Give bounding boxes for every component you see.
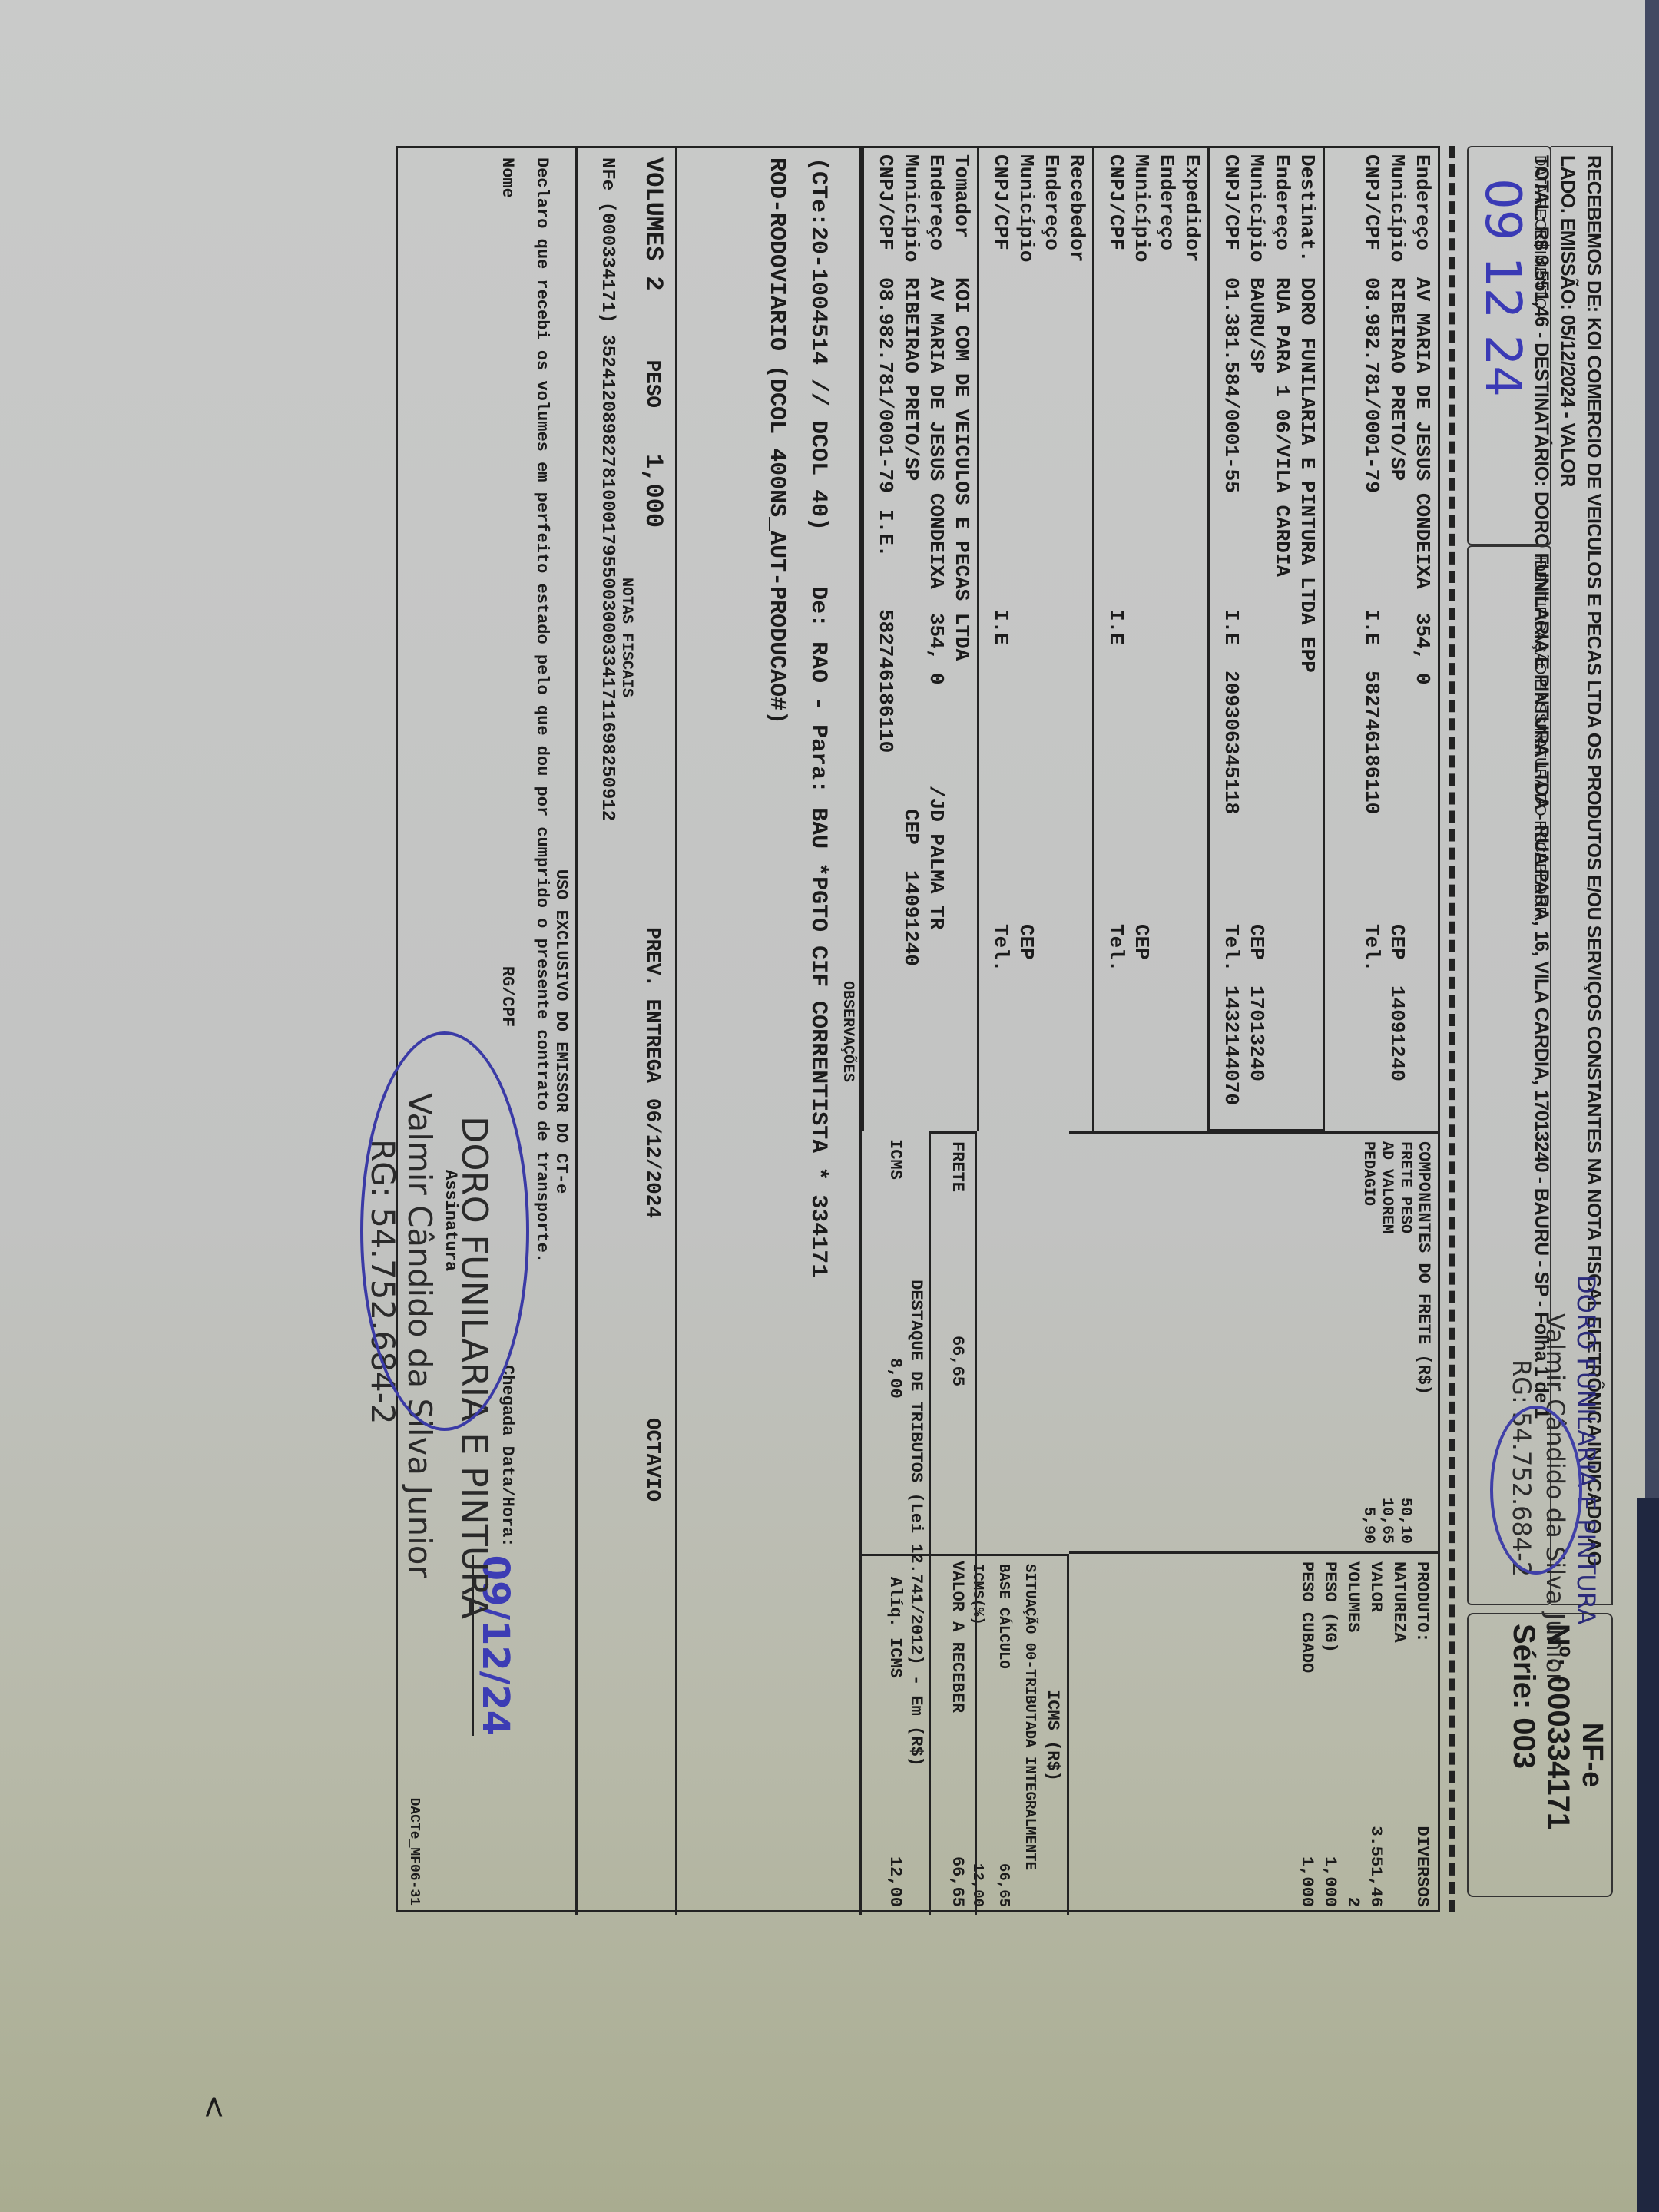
destinatario-cep-label: CEP	[1243, 924, 1269, 960]
destinatario-cep: 17013240	[1243, 985, 1269, 1081]
prev-entrega-value: 06/12/2024	[635, 1098, 671, 1218]
remetente-tel-label: Tel.	[1359, 924, 1384, 972]
remetente-cep: 14091240	[1384, 985, 1409, 1081]
tax-icms-label: ICMS	[883, 1139, 906, 1180]
tax-icms-value: 8,00	[883, 1358, 906, 1399]
expedidor-address-label: Endereço	[1154, 154, 1179, 1125]
freight-components: COMPONENTES DO FRETE (R$) FRETE PESO50,1…	[1069, 1131, 1438, 1554]
stub-date-box[interactable]: DATA RECEBIMENTO 09 12 24	[1467, 146, 1551, 545]
expedidor-tel-label: Tel.	[1103, 924, 1128, 972]
nfe-title: NF-e	[1575, 1614, 1608, 1896]
dacte-document: DACTe_MF06-31 05/12/2024-10:17 RECEBEMOS…	[338, 115, 1659, 2204]
tomador-ie: 582746186110	[873, 609, 898, 753]
vol-label: VOLUMES	[635, 157, 671, 260]
recebedor-address-label: Endereço	[1038, 154, 1064, 1125]
recebedor-section: Recebedor Endereço Município CNPJ/CPF I.…	[977, 148, 1092, 1131]
tomador-section: TomadorKOI COM DE VEICULOS E PECAS LTDA …	[862, 148, 977, 1131]
receipt-stub: RECEBEMOS DE: KOI COMERCIO DE VEICULOS E…	[1467, 146, 1613, 2166]
volumes-value: 2	[1341, 1897, 1364, 1907]
remetente-city-label: Município	[1384, 154, 1409, 277]
remetente-ie: 582746186110	[1359, 671, 1384, 814]
nfe-number: Nº: 000334171	[1541, 1614, 1575, 1896]
vol-value: 2	[635, 276, 671, 290]
rg-label[interactable]: RG/CPF	[472, 966, 517, 1027]
destinatario-ie-label: I.E	[1218, 609, 1243, 645]
icms-base-label: BASE CÁLCULO	[991, 1564, 1017, 1669]
icms-header: ICMS (R$)	[1043, 1564, 1062, 1907]
weight-label: PESO (KG)	[1318, 1561, 1341, 1653]
recebedor-label: Recebedor	[1064, 154, 1089, 1125]
destinatario-cnpj-label: CNPJ/CPF	[1218, 154, 1243, 277]
dacte-form: EndereçoAV MARIA DE JESUS CONDEIXA 354, …	[396, 146, 1440, 1912]
declaration-text: Declaro que recebi os volumes em perfeit…	[532, 157, 551, 1906]
remetente-address: AV MARIA DE JESUS CONDEIXA 354, 0	[1409, 277, 1435, 685]
destinatario-city-label: Município	[1243, 154, 1269, 277]
chevron-mark: <	[197, 2094, 232, 2120]
destinatario-address: RUA PARA 1 06/VILA CARDIA	[1269, 277, 1294, 577]
tomador-cep: 14091240	[898, 870, 923, 966]
component-label: AD VALOREM	[1377, 1141, 1396, 1233]
tax-aliq-label: Alíq. ICMS	[883, 1577, 906, 1678]
component-value: 5,90	[1359, 1507, 1377, 1544]
product-label: PRODUTO:	[1410, 1561, 1433, 1643]
freight-components-header: COMPONENTES DO FRETE (R$)	[1414, 1141, 1433, 1544]
tomador-cep-label: CEP	[898, 809, 923, 845]
stub-date-handwritten: 09 12 24	[1475, 147, 1529, 544]
destinatario-tel-label: Tel.	[1218, 924, 1243, 972]
signature-scribble	[1490, 1406, 1582, 1575]
form-code: DACTe_MF06-31	[406, 1798, 422, 1906]
observations-line-2: ROD-RODOVIARIO (DCOL 400NS_AUT-PRODUCAO#…	[756, 157, 797, 1906]
icms-base-value: 66,65	[991, 1863, 1017, 1907]
tomador-district: /JD PALMA TR	[923, 786, 949, 929]
prev-entrega-label: PREV. ENTREGA	[635, 927, 671, 1083]
remetente-address-label: Endereço	[1409, 154, 1435, 277]
observations-line-1: (CTe:20-1004514 // DCOL 40) De: RAO - Pa…	[797, 157, 839, 1906]
remetente-section: EndereçoAV MARIA DE JESUS CONDEIXA 354, …	[1323, 148, 1438, 1131]
tomador-city-label: Município	[898, 154, 923, 277]
expedidor-ie-label: I.E	[1103, 609, 1128, 645]
issuer-use-section: USO EXCLUSIVO DO EMISSOR DO CT-e Declaro…	[393, 148, 578, 1915]
cubed-weight-label: PESO CUBADO	[1295, 1561, 1318, 1673]
tax-highlight: DESTAQUE DE TRIBUTOS (Lei 12.741/2012) -…	[862, 1131, 931, 1915]
footer-signature-scribble	[360, 1031, 529, 1431]
nfe-key-line: NFe (000334171) 352412089827810001795500…	[597, 157, 618, 1906]
cargo-value: 3.551,46	[1364, 1826, 1387, 1907]
peso-value: 1,000	[635, 454, 671, 528]
component-value: 50,10	[1396, 1498, 1414, 1544]
product-info: PRODUTO:DIVERSOS NATUREZA VALOR3.551,46 …	[1069, 1554, 1438, 1915]
component-label: PEDAGIO	[1359, 1141, 1377, 1206]
remetente-cnpj-label: CNPJ/CPF	[1359, 154, 1384, 277]
tomador-name: KOI COM DE VEICULOS E PECAS LTDA	[949, 277, 974, 661]
destinatario-label: Destinat.	[1294, 154, 1320, 277]
remetente-ie-label: I.E	[1359, 609, 1384, 645]
frete-label: FRETE	[944, 1141, 970, 1192]
destinatario-address-label: Endereço	[1269, 154, 1294, 277]
notas-header: NOTAS FISCAIS	[618, 157, 635, 1118]
cubed-weight-value: 1,000	[1295, 1856, 1318, 1907]
peso-label: PESO	[635, 360, 671, 408]
nfe-series: Série: 003	[1506, 1614, 1541, 1896]
destinatario-name: DORO FUNILARIA E PINTURA LTDA EPP	[1294, 277, 1320, 673]
volumes-section: VOLUMES 2 PESO 1,000 PREV. ENTREGA 06/12…	[578, 148, 677, 1915]
tomador-city: RIBEIRAO PRETO/SP	[898, 277, 923, 481]
product-value: DIVERSOS	[1410, 1826, 1433, 1907]
component-label: FRETE PESO	[1396, 1141, 1414, 1233]
cut-line	[1449, 146, 1455, 1912]
observations: OBSERVAÇÕES (CTe:20-1004514 // DCOL 40) …	[677, 148, 862, 1915]
tomador-label: Tomador	[949, 154, 974, 277]
volumes-label: VOLUMES	[1341, 1561, 1364, 1632]
recebedor-cep-label: CEP	[1013, 924, 1038, 960]
expedidor-cep-label: CEP	[1128, 924, 1154, 960]
destinatario-tel: 1432144070	[1218, 985, 1243, 1105]
tax-header: DESTAQUE DE TRIBUTOS (Lei 12.741/2012) -…	[906, 1139, 926, 1907]
component-value: 10,65	[1377, 1498, 1396, 1544]
destinatario-section: Destinat.DORO FUNILARIA E PINTURA LTDA E…	[1207, 148, 1323, 1131]
frete-value: 66,65	[944, 1336, 970, 1386]
freight-totals: FRETE 66,65 VALOR A RECEBER 66,65	[931, 1131, 977, 1915]
destinatario-ie: 209306345118	[1218, 671, 1243, 814]
remetente-cnpj: 08.982.781/0001-79	[1359, 277, 1384, 493]
tomador-cnpj: 08.982.781/0001-79	[873, 277, 898, 493]
recebedor-ie-label: I.E	[988, 609, 1013, 645]
destinatario-city: BAURU/SP	[1243, 277, 1269, 373]
remetente-city: RIBEIRAO PRETO/SP	[1384, 277, 1409, 481]
nome-label[interactable]: Nome	[472, 157, 517, 198]
nature-label: NATUREZA	[1387, 1561, 1410, 1643]
remetente-cep-label: CEP	[1384, 924, 1409, 960]
valor-receber-label: VALOR A RECEBER	[944, 1561, 970, 1713]
destinatario-cnpj: 01.381.584/0001-55	[1218, 277, 1243, 493]
observations-header: OBSERVAÇÕES	[839, 157, 856, 1906]
tomador-ie-label: I.E.	[873, 509, 898, 557]
valor-receber-value: 66,65	[944, 1856, 970, 1907]
recebedor-tel-label: Tel.	[988, 924, 1013, 972]
expedidor-city-label: Município	[1128, 154, 1154, 1125]
nfe-box: NF-e Nº: 000334171 Série: 003	[1467, 1613, 1613, 1897]
recebedor-city-label: Município	[1013, 154, 1038, 1125]
value-label: VALOR	[1364, 1561, 1387, 1612]
weight-value: 1,000	[1318, 1856, 1341, 1907]
tomador-address: AV MARIA DE JESUS CONDEIXA 354, 0	[923, 277, 949, 685]
route-name: OCTAVIO	[635, 1418, 671, 1502]
tomador-address-label: Endereço	[923, 154, 949, 277]
tomador-cnpj-label: CNPJ/CPF	[873, 154, 898, 277]
expedidor-label: Expedidor	[1179, 154, 1204, 1125]
stub-date-label: DATA RECEBIMENTO	[1529, 147, 1550, 544]
issuer-use-header: USO EXCLUSIVO DO EMISSOR DO CT-e	[551, 157, 571, 1906]
tax-aliq-value: 12,00	[883, 1856, 906, 1907]
icms-situation: SITUAÇÃO 00-TRIBUTADA INTEGRALMENTE	[1017, 1564, 1043, 1870]
expedidor-section: Expedidor Endereço Município CNPJ/CPF I.…	[1092, 148, 1207, 1131]
